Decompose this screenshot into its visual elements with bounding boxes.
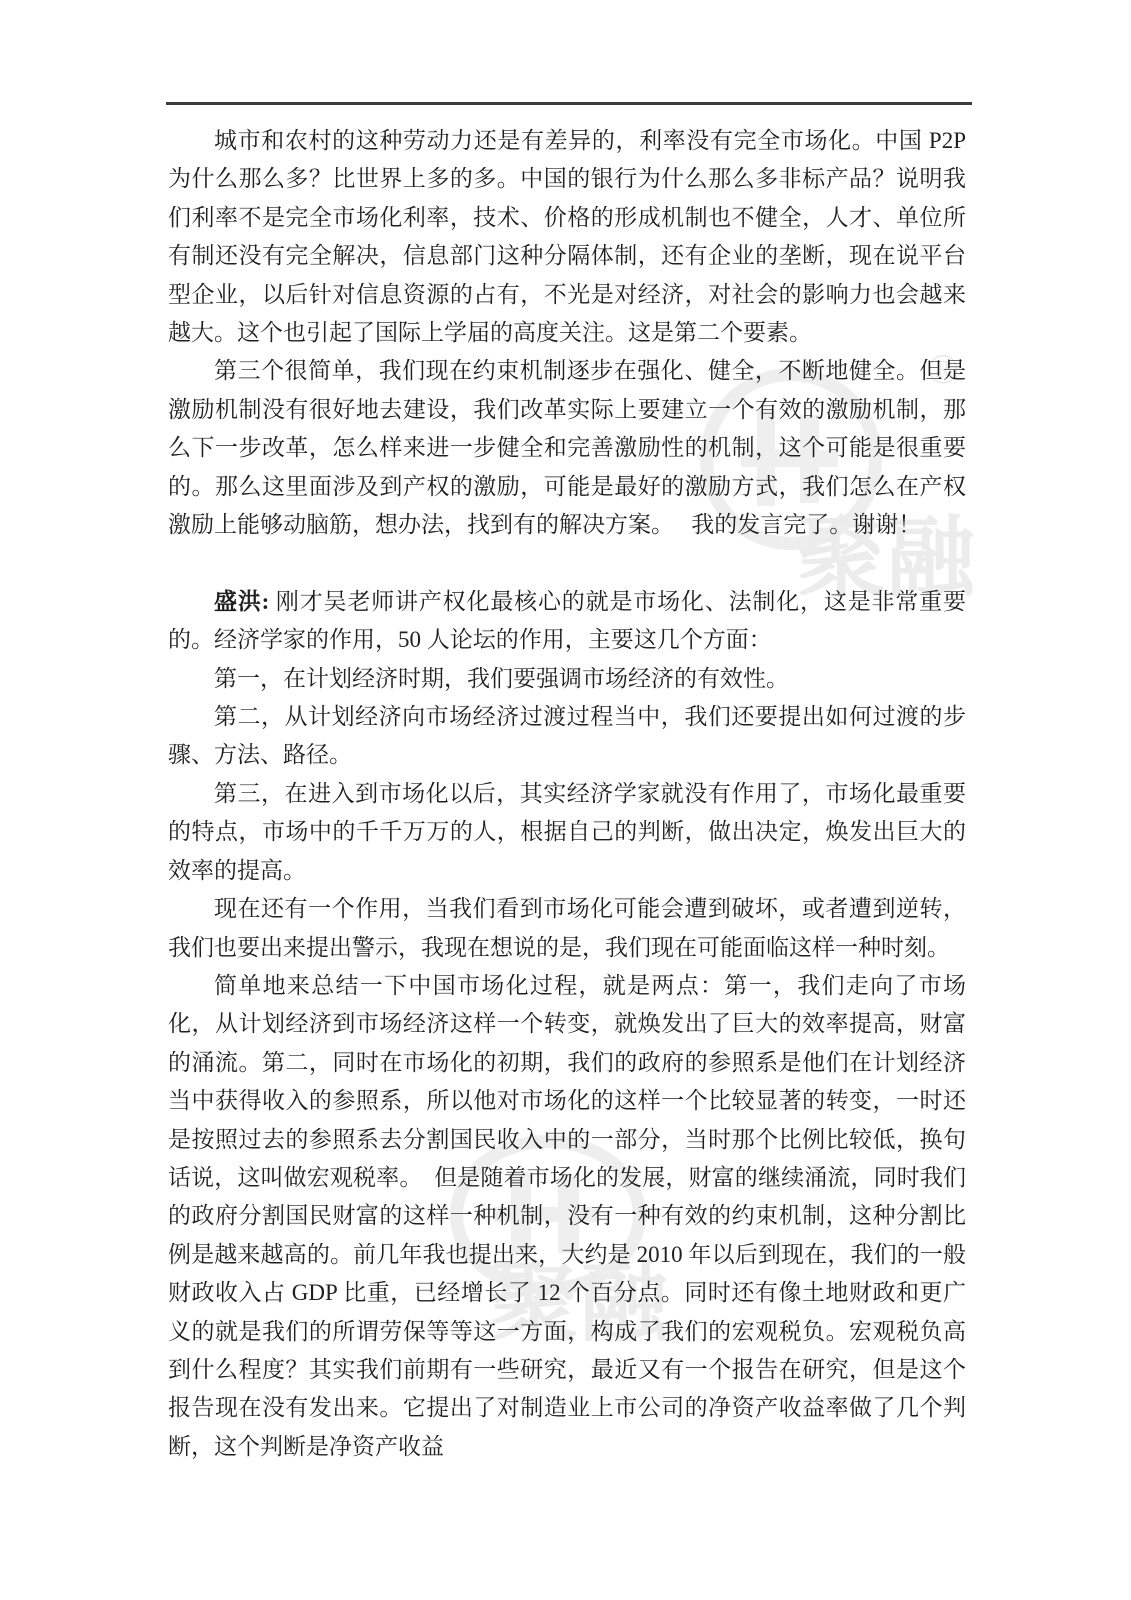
paragraph: 第一，在计划经济时期，我们要强调市场经济的有效性。 [168, 660, 966, 698]
paragraph: 第三个很简单，我们现在约束机制逐步在强化、健全，不断地健全。但是激励机制没有很好… [168, 352, 966, 544]
document-body: 城市和农村的这种劳动力还是有差异的，利率没有完全市场化。中国 P2P 为什么那么… [168, 122, 966, 1466]
speaker-name: 盛洪: [214, 589, 269, 614]
paragraph: 现在还有一个作用，当我们看到市场化可能会遭到破坏，或者遭到逆转，我们也要出来提出… [168, 890, 966, 967]
document-page: ® 聚融 聚融 城市和农村的这种劳动力还是有差异的，利率没有完全市场化。中国 P… [0, 0, 1131, 1600]
header-rule [166, 102, 972, 105]
paragraph: 简单地来总结一下中国市场化过程，就是两点：第一，我们走向了市场化，从计划经济到市… [168, 967, 966, 1466]
paragraph: 盛洪: 刚才吴老师讲产权化最核心的就是市场化、法制化，这是非常重要的。经济学家的… [168, 583, 966, 660]
paragraph: 城市和农村的这种劳动力还是有差异的，利率没有完全市场化。中国 P2P 为什么那么… [168, 122, 966, 352]
blank-line [168, 544, 966, 582]
paragraph: 第二，从计划经济向市场经济过渡过程当中，我们还要提出如何过渡的步骤、方法、路径。 [168, 698, 966, 775]
paragraph: 第三，在进入到市场化以后，其实经济学家就没有作用了，市场化最重要的特点，市场中的… [168, 775, 966, 890]
